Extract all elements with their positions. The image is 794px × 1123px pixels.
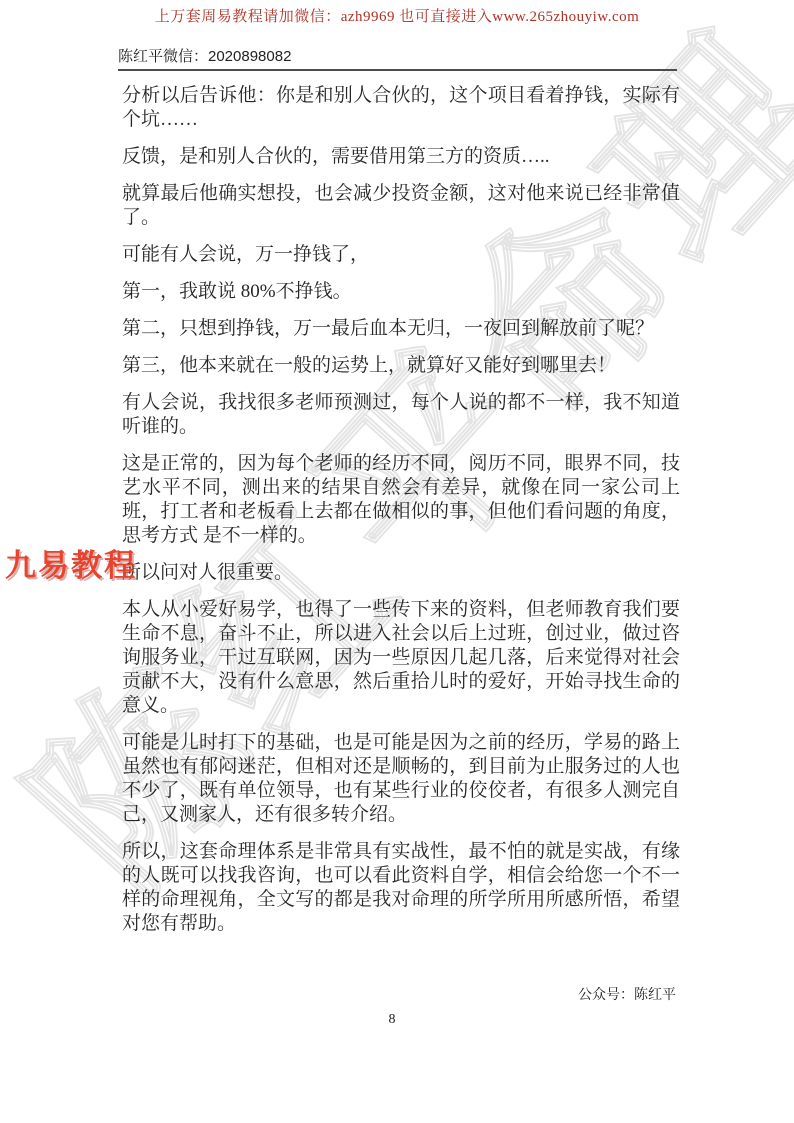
paragraph: 可能是儿时打下的基础，也是可能是因为之前的经历，学易的路上虽然也有郁闷迷茫，但相… [122, 731, 680, 827]
header-rule [118, 69, 677, 71]
paragraph: 所以问对人很重要。 [122, 561, 680, 585]
paragraph: 有人会说，我找很多老师预测过，每个人说的都不一样，我不知道听谁的。 [122, 391, 680, 439]
contact-header: 陈红平微信：2020898082 [118, 45, 291, 66]
document-page: 陈红平命理 上万套周易教程请加微信：azh9969 也可直接进入www.265z… [0, 0, 794, 1123]
paragraph: 本人从小爱好易学，也得了一些传下来的资料，但老师教育我们要生命不息，奋斗不止，所… [122, 598, 680, 718]
paragraph: 可能有人会说，万一挣钱了， [122, 243, 680, 267]
footer-account: 公众号：陈红平 [578, 984, 676, 1004]
paragraph: 反馈，是和别人合伙的，需要借用第三方的资质….. [122, 145, 680, 169]
paragraph: 分析以后告诉他：你是和别人合伙的，这个项目看着挣钱，实际有个坑…… [122, 84, 680, 132]
paragraph: 所以，这套命理体系是非常具有实战性，最不怕的就是实战，有缘的人既可以找我咨询，也… [122, 840, 680, 936]
paragraph: 第三，他本来就在一般的运势上，就算好又能好到哪里去！ [122, 354, 680, 378]
paragraph: 第二，只想到挣钱，万一最后血本无归，一夜回到解放前了呢？ [122, 317, 680, 341]
paragraph: 就算最后他确实想投，也会减少投资金额，这对他来说已经非常值了。 [122, 182, 680, 230]
paragraph: 第一，我敢说 80%不挣钱。 [122, 280, 680, 304]
promo-banner: 上万套周易教程请加微信：azh9969 也可直接进入www.265zhouyiw… [0, 5, 794, 26]
body-text: 分析以后告诉他：你是和别人合伙的，这个项目看着挣钱，实际有个坑…… 反馈，是和别… [122, 84, 680, 936]
red-brand-watermark: 九易教程 [5, 540, 137, 585]
paragraph: 这是正常的，因为每个老师的经历不同，阅历不同，眼界不同，技艺水平不同，测出来的结… [122, 452, 680, 548]
page-number: 8 [0, 1012, 784, 1028]
